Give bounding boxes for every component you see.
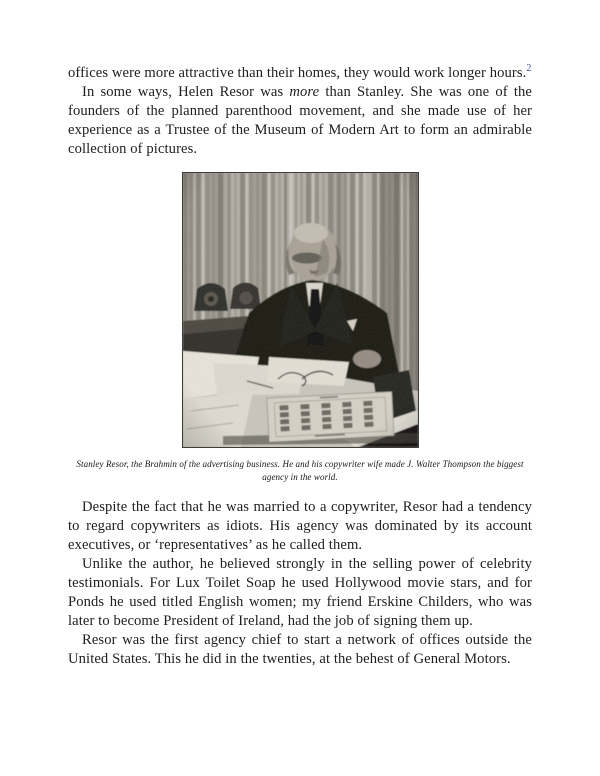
photo-stanley-resor — [182, 172, 419, 448]
paragraph-text: In some ways, Helen Resor was — [82, 84, 289, 100]
photo-illustration — [183, 173, 418, 447]
vignette-overlay — [183, 173, 418, 447]
page-content: offices were more attractive than their … — [68, 64, 532, 669]
photo-figure: Stanley Resor, the Brahmin of the advert… — [68, 172, 532, 483]
book-page: offices were more attractive than their … — [0, 0, 600, 776]
paragraph-unlike: Unlike the author, he believed strongly … — [68, 555, 532, 631]
paragraph-helen-resor: In some ways, Helen Resor was more than … — [68, 83, 532, 159]
paragraph-continuation: offices were more attractive than their … — [68, 64, 532, 83]
paragraph-text: offices were more attractive than their … — [68, 65, 526, 81]
body-text-bottom: Despite the fact that he was married to … — [68, 498, 532, 669]
italic-word: more — [289, 84, 319, 100]
paragraph-resor-network: Resor was the first agency chief to star… — [68, 631, 532, 669]
footnote-ref-2[interactable]: 2 — [526, 63, 531, 74]
paragraph-despite: Despite the fact that he was married to … — [68, 498, 532, 555]
body-text-top: offices were more attractive than their … — [68, 64, 532, 159]
photo-caption: Stanley Resor, the Brahmin of the advert… — [71, 458, 529, 483]
